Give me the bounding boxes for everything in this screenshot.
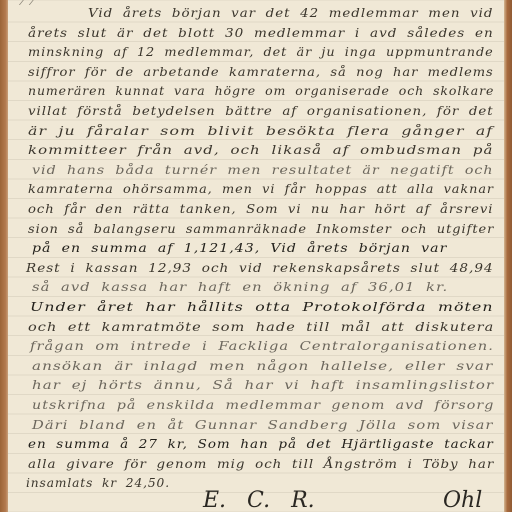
text-line: årets slut är det blott 30 medlemmar i a…: [28, 24, 494, 44]
text-line: och ett kamratmöte som hade till mål att…: [28, 318, 494, 338]
text-line: siffror för de arbetande kamraterna, så …: [28, 63, 494, 83]
text-line: en summa å 27 kr, Som han på det Hjärtli…: [28, 435, 494, 455]
text-line: Rest i kassan 12,93 och vid rekenskapsår…: [26, 259, 494, 279]
text-line: Vid årets början var det 42 medlemmar me…: [88, 4, 493, 24]
text-line: har ej hörts ännu, Så har vi haft insaml…: [32, 376, 494, 396]
page-border-left: [0, 0, 8, 512]
text-line: utskrifna på enskilda medlemmar genom av…: [32, 396, 494, 416]
text-line: ansökan är inlagd men någon hallelse, el…: [32, 357, 493, 377]
signature-trailing: Ohl: [443, 488, 482, 512]
text-line: så avd kassa har haft en ökning af 36,01…: [32, 278, 448, 298]
text-line: Under året har hållits otta Protokolförd…: [30, 298, 494, 318]
text-line: sion så balangseru sammanräknade Inkomst…: [28, 220, 494, 240]
signature-initials: E. C. R.: [203, 488, 315, 512]
text-line: kommitteer från avd, och likaså af ombud…: [28, 141, 493, 161]
text-line: på en summa af 1,121,43, Vid årets börja…: [32, 239, 447, 259]
text-line: minskning af 12 medlemmar, det är ju ing…: [28, 43, 494, 63]
text-line: och får den rätta tanken, Som vi nu har …: [28, 200, 493, 220]
text-line: är ju fåralar som blivit besökta flera g…: [28, 122, 493, 142]
text-line: vid hans båda turnér men resultatet är n…: [32, 161, 494, 181]
letter-page: ⁄ ⁄ Vid årets början var det 42 medlemma…: [8, 0, 504, 512]
page-border-right: [504, 0, 512, 512]
top-fragment: ⁄ ⁄: [22, 0, 36, 8]
text-line: Däri bland en åt Gunnar Sandberg Jölla s…: [32, 416, 494, 436]
text-line: alla givare för genom mig och till Ångst…: [28, 455, 494, 475]
signature: E. C. R. Ohl: [203, 488, 503, 512]
text-line: villat förstå betydelsen bättre af organ…: [28, 102, 494, 122]
text-line: kamraterna ohörsamma, men vi får hoppas …: [28, 180, 494, 200]
text-line: insamlats kr 24,50.: [26, 474, 170, 494]
text-line: numerären kunnat vara högre om organiser…: [28, 82, 494, 102]
text-line: frågan om intrede i Fackliga Centralorga…: [30, 337, 494, 357]
